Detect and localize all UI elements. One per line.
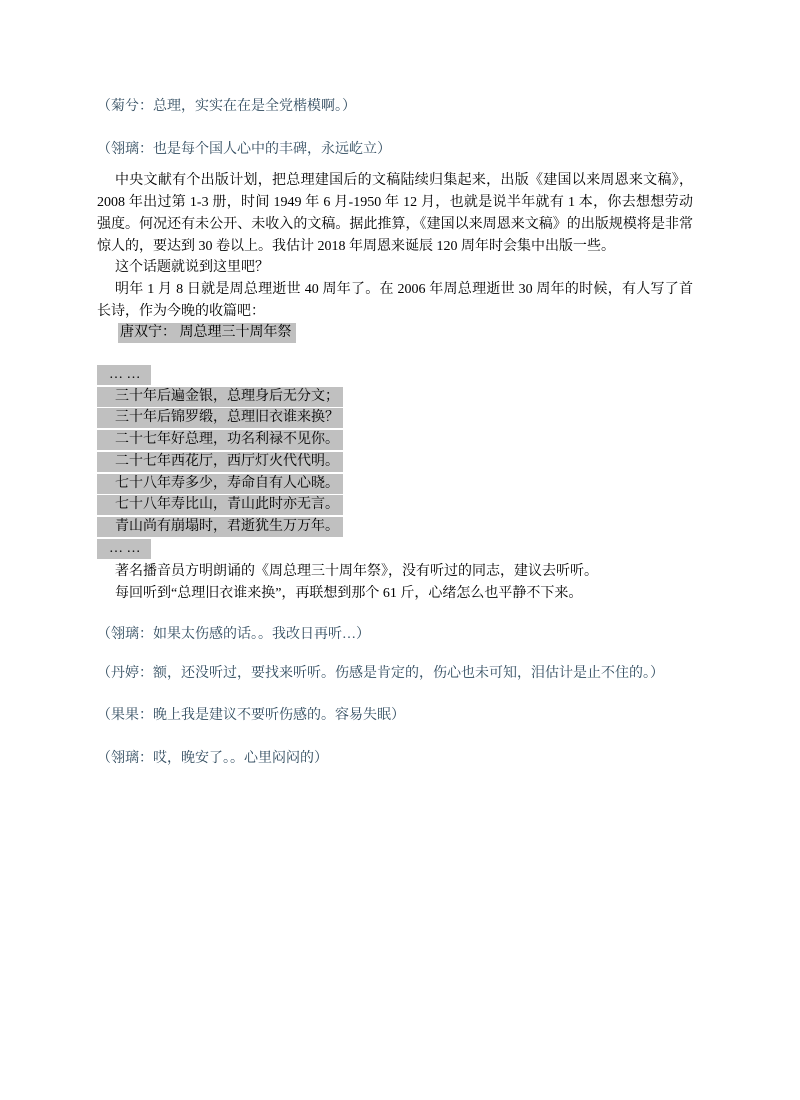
poem-title-line: 唐双宁： 周总理三十周年祭 <box>97 322 693 344</box>
highlighted-text: 三十年后锦罗缎，总理旧衣谁来换？ <box>97 408 343 428</box>
highlighted-text: 二十七年西花厅，西厅灯火代代明。 <box>97 452 343 472</box>
highlighted-text: 七十八年寿比山，青山此时亦无言。 <box>97 495 343 515</box>
body-paragraph: 中央文献有个出版计划，把总理建国后的文稿陆续归集起来，出版《建国以来周恩来文稿》… <box>97 170 693 257</box>
ellipsis-line: … … <box>97 538 693 560</box>
highlighted-text: 三十年后遍金银，总理身后无分文； <box>97 387 343 407</box>
highlighted-text: 二十七年好总理，功名利禄不见你。 <box>97 430 343 450</box>
poem-line: 二十七年西花厅，西厅灯火代代明。 <box>97 451 693 473</box>
chat-comment: （翎璃：也是每个国人心中的丰碑，永远屹立） <box>97 139 693 161</box>
highlighted-text: 七十八年寿多少，寿命自有人心晓。 <box>97 474 343 494</box>
highlighted-text: 青山尚有崩塌时，君逝犹生万万年。 <box>97 517 343 537</box>
poem-line: 三十年后锦罗缎，总理旧衣谁来换？ <box>97 407 693 429</box>
highlighted-text: … … <box>97 365 151 385</box>
poem-line: 青山尚有崩塌时，君逝犹生万万年。 <box>97 516 693 538</box>
body-paragraph: 明年 1 月 8 日就是周总理逝世 40 周年了。在 2006 年周总理逝世 3… <box>97 279 693 322</box>
poem-line: 三十年后遍金银，总理身后无分文； <box>97 386 693 408</box>
chat-comment: （翎璃：哎，晚安了。。心里闷闷的） <box>97 748 693 770</box>
document-page: （菊兮：总理，实实在在是全党楷模啊。） （翎璃：也是每个国人心中的丰碑，永远屹立… <box>0 0 800 1100</box>
chat-comment: （翎璃：如果太伤感的话。。我改日再听…） <box>97 624 693 646</box>
highlighted-text: 唐双宁： 周总理三十周年祭 <box>118 323 296 343</box>
body-paragraph: 每回听到“总理旧衣谁来换”，再联想到那个 61 斤，心绪怎么也平静不下来。 <box>97 583 693 605</box>
ellipsis-line: … … <box>97 364 693 386</box>
chat-comment: （果果：晚上我是建议不要听伤感的。容易失眠） <box>97 705 693 727</box>
poem-line: 二十七年好总理，功名利禄不见你。 <box>97 429 693 451</box>
poem-line: 七十八年寿多少，寿命自有人心晓。 <box>97 473 693 495</box>
chat-comment: （菊兮：总理，实实在在是全党楷模啊。） <box>97 96 693 118</box>
chat-comment: （丹婷：额，还没听过，要找来听听。伤感是肯定的，伤心也未可知，泪估计是止不住的。… <box>97 663 693 685</box>
document-content: （菊兮：总理，实实在在是全党楷模啊。） （翎璃：也是每个国人心中的丰碑，永远屹立… <box>97 96 693 770</box>
body-paragraph: 著名播音员方明朗诵的《周总理三十周年祭》，没有听过的同志，建议去听听。 <box>97 561 693 583</box>
highlighted-text: … … <box>97 539 151 559</box>
body-paragraph: 这个话题就说到这里吧？ <box>97 257 693 279</box>
poem-line: 七十八年寿比山，青山此时亦无言。 <box>97 494 693 516</box>
